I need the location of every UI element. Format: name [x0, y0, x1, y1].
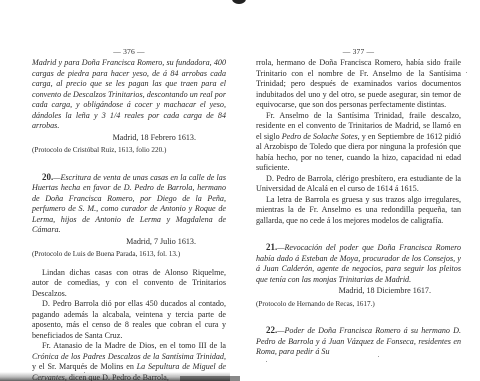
protocol-citation: (Protocolo de Hernando de Recas, 1617.)	[256, 299, 461, 310]
entry-20: 20.—Escritura de venta de unas casas en …	[32, 172, 226, 236]
person-name: Pedro de Solache Sotes	[282, 132, 358, 141]
text-run: Fr. Atanasio de la Madre de Dios, en el …	[42, 341, 226, 350]
entry-number: 20.	[42, 172, 53, 182]
date-line: Madrid, 7 Julio 1613.	[32, 237, 226, 248]
protocol-citation: (Protocolo de Cristóbal Ruiz, 1613, foli…	[32, 145, 226, 156]
scan-speck	[466, 72, 467, 73]
scan-speck	[84, 372, 85, 373]
entry-22: 22.—Poder de Doña Francisca Romero á su …	[256, 325, 461, 358]
scan-artifact-corner	[232, 0, 246, 4]
book-title: Crónica de los Padres Descalzos de la Sa…	[32, 352, 224, 361]
left-page-body: Madrid y para Doña Francisca Romero, su …	[32, 58, 226, 381]
entry-number: 21.	[266, 242, 277, 252]
entry-title: —Revocación del poder que Doña Francisca…	[256, 243, 461, 284]
entry-title: —Poder de Doña Francisca Romero á su her…	[256, 326, 461, 356]
date-line: Madrid, 18 Febrero 1613.	[32, 133, 226, 144]
paragraph-continuation: rrola, hermano de Doña Francisca Romero,…	[256, 58, 461, 111]
paragraph-anselmo: Fr. Anselmo de la Santísima Trinidad, fr…	[256, 111, 461, 174]
scan-speck	[378, 356, 379, 357]
protocol-citation: (Protocolo de Luis de Buena Parada, 1613…	[32, 249, 226, 260]
paragraph-pedro: D. Pedro Barrola dió por ellas 450 ducad…	[32, 299, 226, 341]
entry-21: 21.—Revocación del poder que Doña Franci…	[256, 242, 461, 285]
page-number-left: — 376 —	[32, 47, 226, 56]
scan-speck	[266, 361, 267, 362]
scan-artifact-bottom-edge	[180, 376, 240, 381]
paragraph-letra: La letra de Barrola es gruesa y sus traz…	[256, 195, 461, 227]
page-number-right: — 377 —	[256, 47, 461, 56]
paragraph-continuation: Madrid y para Doña Francisca Romero, su …	[32, 58, 226, 132]
paragraph-barrola: D. Pedro de Barrola, clérigo presbítero,…	[256, 174, 461, 195]
date-line: Madrid, 18 Diciembre 1617.	[256, 286, 461, 297]
entry-title: —Escritura de venta de unas casas en la …	[32, 173, 226, 235]
entry-number: 22.	[266, 325, 277, 335]
right-page-body: rrola, hermano de Doña Francisca Romero,…	[256, 58, 461, 358]
paragraph-lindan: Lindan dichas casas con otras de Alonso …	[32, 268, 226, 300]
